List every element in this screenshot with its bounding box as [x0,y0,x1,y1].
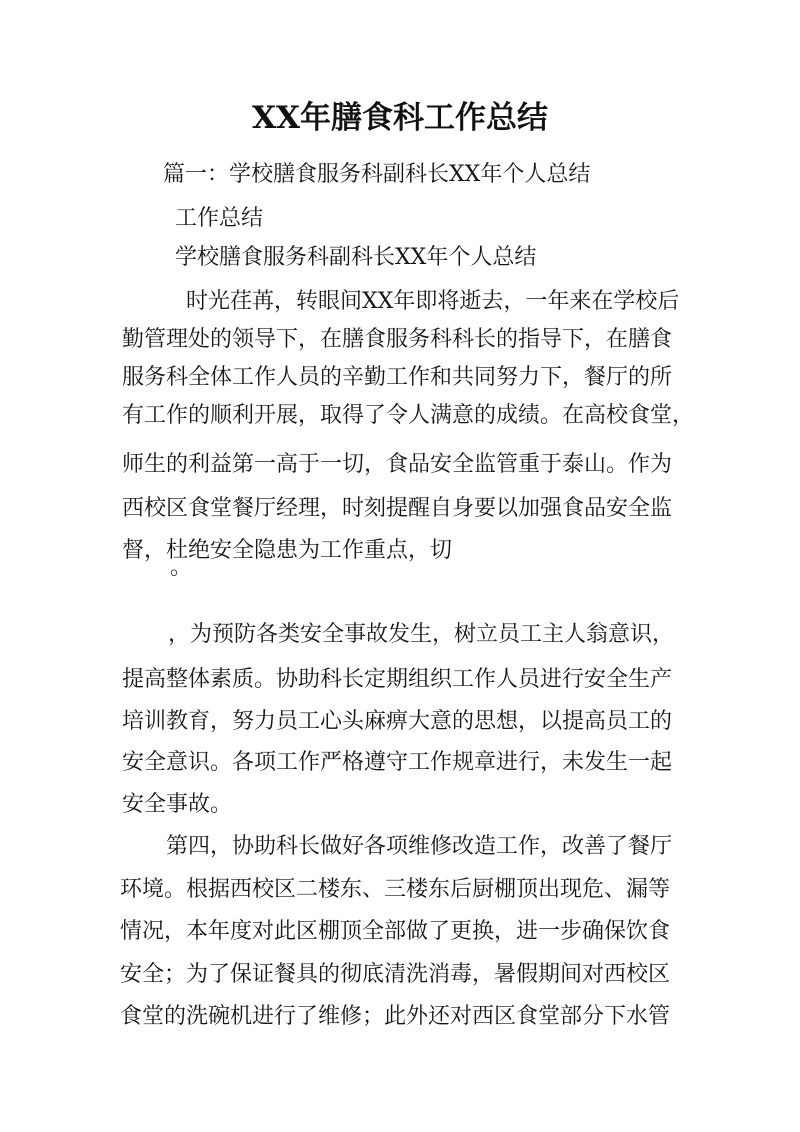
lone-period: 。 [170,553,192,583]
paragraph-1-line: 有工作的顺利开展，取得了令人满意的成绩。在高校食堂， [122,401,694,431]
paragraph-2-line: ，为预防各类安全事故发生，树立员工主人翁意识， [168,620,674,650]
paragraph-3-line: 情况，本年度对此区棚顶全部做了更换，进一步确保饮食 [120,917,670,947]
paragraph-2-line: 安全事故。 [122,790,232,820]
paragraph-1-line: 勤管理处的领导下，在膳食服务科科长的指导下，在膳食 [122,325,672,355]
document-title: XX年膳食科工作总结 [0,96,800,140]
paragraph-2-line: 提高整体素质。协助科长定期组织工作人员进行安全生产 [122,665,672,695]
paragraph-3-line: 环境。根据西校区二楼东、三楼东后厨棚顶出现危、漏等 [120,875,670,905]
paragraph-3-line: 安全；为了保证餐具的彻底清洗消毒，暑假期间对西校区 [120,960,670,990]
paragraph-2-line: 安全意识。各项工作严格遵守工作规章进行，未发生一起 [122,748,672,778]
sub-heading-work-summary: 工作总结 [175,204,263,234]
sub-heading-personal-summary: 学校膳食服务科副科长XX年个人总结 [175,243,536,273]
document-page: XX年膳食科工作总结 篇一：学校膳食服务科副科长XX年个人总结 工作总结 学校膳… [0,0,800,1132]
paragraph-1-line: 师生的利益第一高于一切，食品安全监管重于泰山。作为 [122,450,672,480]
paragraph-3-line: 食堂的洗碗机进行了维修；此外还对西区食堂部分下水管 [120,1002,670,1032]
paragraph-3-line: 第四，协助科长做好各项维修改造工作，改善了餐厅 [166,832,672,862]
paragraph-2-line: 培训教育，努力员工心头麻痹大意的思想，以提高员工的 [122,707,672,737]
section-heading: 篇一：学校膳食服务科副科长XX年个人总结 [163,160,590,190]
paragraph-1-line: 西校区食堂餐厅经理，时刻提醒自身要以加强食品安全监 [122,494,672,524]
paragraph-1-line: 服务科全体工作人员的辛勤工作和共同努力下，餐厅的所 [122,363,672,393]
paragraph-1-line: 时光荏苒，转眼间XX年即将逝去，一年来在学校后 [186,287,679,317]
